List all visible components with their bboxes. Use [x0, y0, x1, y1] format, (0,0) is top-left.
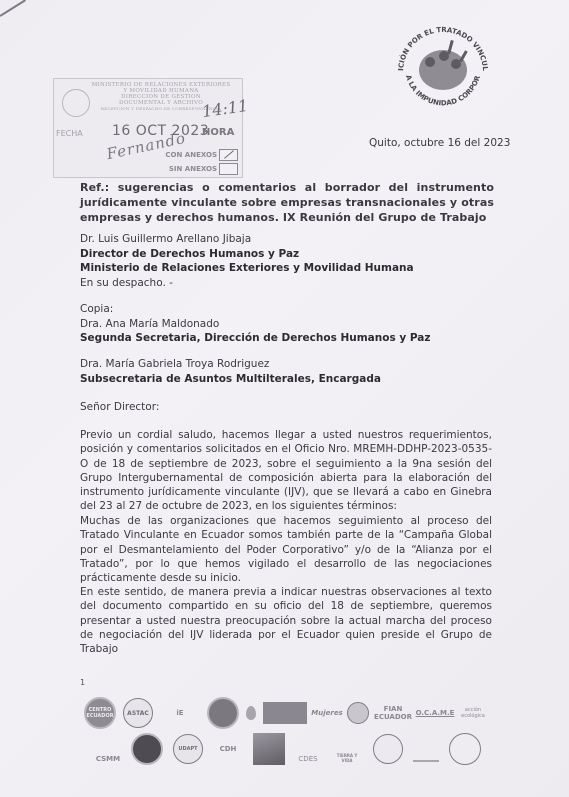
coalition-seal-icon: COALICIÓN POR EL TRATADO VINCULANTE ALTO… [388, 14, 498, 122]
stamp-hora-label: HORA [202, 127, 234, 138]
copy-recipient-name: Dra. María Gabriela Troya Rodriguez [80, 357, 381, 372]
fian-logo-icon: FIAN ECUADOR [376, 705, 410, 721]
addressee-block: Dr. Luis Guillermo Arellano Jibaja Direc… [80, 232, 414, 290]
copy-block: Copia: Dra. Ana María Maldonado Segunda … [80, 302, 430, 346]
sin-anexos: SIN ANEXOS [169, 163, 238, 175]
copy-recipient-title: Subsecretaria de Asuntos Multilterales, … [80, 372, 381, 387]
document-page: MINISTERIO DE RELACIONES EXTERIORES Y MO… [0, 0, 569, 797]
pen-mark [0, 0, 26, 17]
tierra-y-vida-logo-icon: TIERRA Y VIDA [331, 735, 363, 763]
mujeres-logo-icon: Mujeres [314, 709, 340, 717]
addressee-name: Dr. Luis Guillermo Arellano Jibaja [80, 232, 414, 247]
body-paragraph: Muchas de las organizaciones que hacemos… [80, 514, 492, 585]
sin-anexos-checkbox [219, 163, 238, 175]
udapt-logo-icon: UDAPT [173, 734, 203, 764]
copy-recipient-title: Segunda Secretaria, Dirección de Derecho… [80, 331, 430, 346]
building-photo-logo-icon [253, 733, 285, 765]
copy-label: Copia: [80, 302, 430, 317]
addressee-title: Director de Derechos Humanos y Paz [80, 247, 414, 262]
circle-badge-logo-icon [347, 702, 369, 724]
ie-logo-icon: iE [160, 709, 200, 717]
accion-ecologica-logo-icon: acción ecológica [460, 707, 486, 719]
page-number: 1 [80, 678, 85, 687]
ocame-logo-icon: O.C.A.M.E [417, 709, 453, 717]
stamp-fecha-label: FECHA [56, 129, 83, 138]
photo-circle-logo-icon [207, 697, 239, 729]
body-paragraph: En este sentido, de manera previa a indi… [80, 585, 492, 656]
cdh-logo-icon: CDH [213, 745, 243, 753]
sin-anexos-label: SIN ANEXOS [169, 165, 217, 173]
body-paragraph: Previo un cordial saludo, hacemos llegar… [80, 428, 492, 514]
reference-line: Ref.: sugerencias o comentarios al borra… [80, 180, 494, 225]
salutation: Señor Director: [80, 400, 159, 415]
cdes-hands-logo-icon: CDES [295, 735, 321, 763]
place-date: Quito, octubre 16 del 2023 [369, 137, 510, 149]
figures-logo-icon [413, 736, 439, 762]
footer-logos-row-2: CSMM UDAPT CDH CDES TIERRA Y VIDA [95, 733, 481, 765]
copy-block-2: Dra. María Gabriela Troya Rodriguez Subs… [80, 357, 381, 386]
addressee-institution: Ministerio de Relaciones Exteriores y Mo… [80, 261, 414, 276]
con-anexos: CON ANEXOS [165, 149, 238, 161]
con-anexos-checkbox [219, 149, 238, 161]
copy-recipient-name: Dra. Ana María Maldonado [80, 317, 430, 332]
coalition-seal: COALICIÓN POR EL TRATADO VINCULANTE ALTO… [388, 14, 498, 122]
logo-label: ASTAC [127, 710, 149, 717]
ring-figure-logo-icon [449, 733, 481, 765]
seal-logo-icon [131, 733, 163, 765]
centro-ecuador-logo-icon: CENTRO ECUADOR [84, 697, 116, 729]
astac-fist-logo-icon: ASTAC [123, 698, 153, 728]
reception-stamp: MINISTERIO DE RELACIONES EXTERIORES Y MO… [53, 78, 243, 178]
water-drop-logo-icon [246, 706, 256, 720]
round-org-logo-icon [373, 734, 403, 764]
con-anexos-label: CON ANEXOS [165, 151, 217, 159]
footer-logos-row-1: CENTRO ECUADOR ASTAC iE Mujeres FIAN ECU… [84, 697, 486, 729]
addressee-closing: En su despacho. - [80, 276, 414, 291]
dark-banner-logo-icon [263, 702, 307, 724]
csmm-logo-icon: CSMM [95, 735, 121, 763]
